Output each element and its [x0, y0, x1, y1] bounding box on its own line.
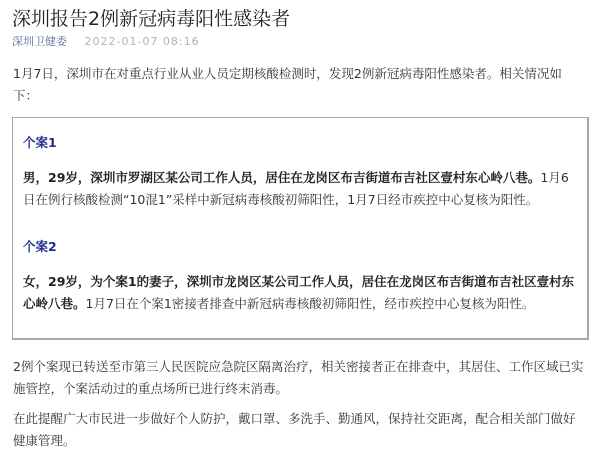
article-page: 深圳报告2例新冠病毒阳性感染者 深圳卫健委 2022-01-07 08:16 1… [0, 0, 600, 450]
case-2-heading: 个案2 [23, 237, 57, 257]
case-2-body: 女，29岁，为个案1的妻子，深圳市龙岗区某公司工作人员，居住在龙岗区布吉街道布吉… [23, 271, 579, 315]
case-1-bold-text: 男，29岁，深圳市罗湖区某公司工作人员，居住在龙岗区布吉街道布吉社区壹村东心岭八… [23, 170, 540, 185]
publish-date: 2022-01-07 08:16 [85, 35, 200, 48]
reminder-paragraph: 在此提醒广大市民进一步做好个人防护，戴口罩、多洗手、勤通风，保持社交距离，配合相… [13, 408, 585, 450]
treatment-paragraph: 2例个案现已转送至市第三人民医院应急院区隔离治疗，相关密接者正在排查中，其居住、… [13, 356, 585, 400]
cases-box: 个案1 男，29岁，深圳市罗湖区某公司工作人员，居住在龙岗区布吉街道布吉社区壹村… [12, 117, 589, 340]
case-2-normal-text: 1月7日在个案1密接者排查中新冠病毒核酸初筛阳性，经市疾控中心复核为阳性。 [86, 296, 535, 311]
article-title: 深圳报告2例新冠病毒阳性感染者 [12, 6, 290, 32]
case-1-heading: 个案1 [23, 133, 57, 153]
source-account-link[interactable]: 深圳卫健委 [12, 35, 67, 48]
case-1-body: 男，29岁，深圳市罗湖区某公司工作人员，居住在龙岗区布吉街道布吉社区壹村东心岭八… [23, 167, 579, 211]
intro-paragraph: 1月7日，深圳市在对重点行业从业人员定期核酸检测时，发现2例新冠病毒阳性感染者。… [13, 63, 585, 107]
article-meta: 深圳卫健委 2022-01-07 08:16 [12, 34, 200, 50]
